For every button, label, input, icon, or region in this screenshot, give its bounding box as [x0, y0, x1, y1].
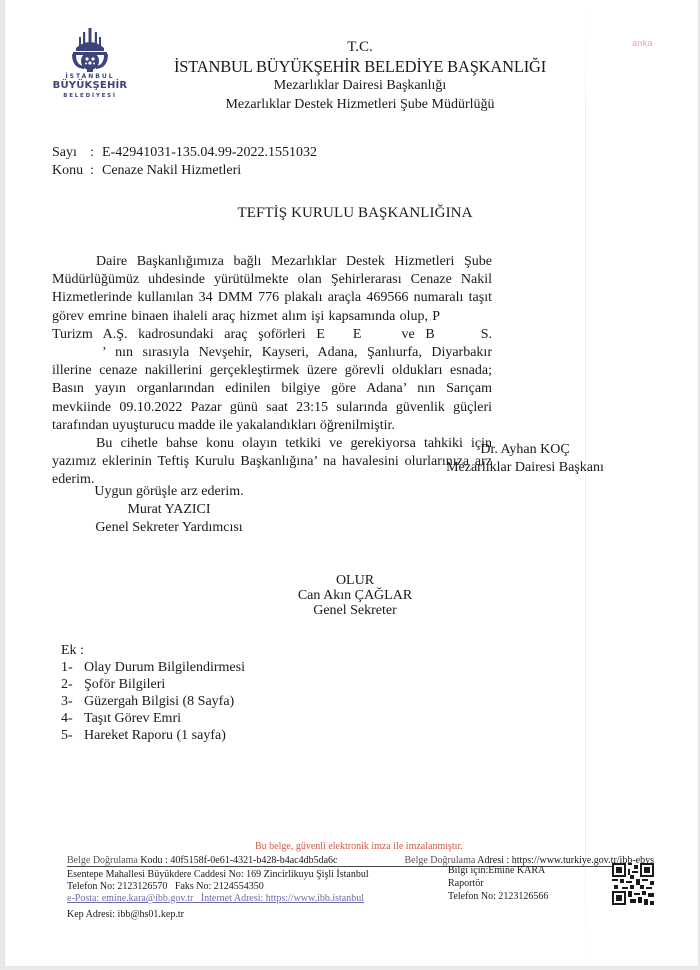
attachment-number: 5- — [61, 727, 84, 744]
konu-label: Konu — [52, 162, 90, 180]
verification-code-label-bold: Kodu : — [140, 855, 168, 866]
attachment-text: Şoför Bilgileri — [84, 676, 165, 693]
header-department: Mezarlıklar Dairesi Başkanlığı — [155, 76, 565, 95]
sayi-value: E-42941031-135.04.99-2022.1551032 — [102, 144, 317, 162]
attachment-number: 2- — [61, 676, 84, 693]
footer-email-web-link[interactable]: e-Posta: emine.kara@ibb.gov.tr İnternet … — [67, 893, 369, 905]
body-text-segment: ’ nın sırasıyla Nevşehir, Kayseri, Adana… — [52, 345, 492, 433]
body-paragraph-1: Daire Başkanlığımıza bağlı Mezarlıklar D… — [52, 253, 492, 435]
body-text-segment: Turizm A.Ş. kadrosundaki araç şoförleri … — [52, 327, 325, 342]
attachment-number: 1- — [61, 659, 84, 676]
attachment-text: Taşıt Görev Emri — [84, 710, 181, 727]
info-contact-phone: Telefon No: 2123126566 — [448, 890, 548, 903]
header-tc: T.C. — [155, 38, 565, 57]
esignature-notice: Bu belge, güvenli elektronik imza ile im… — [255, 841, 463, 852]
info-contact-role: Raportör — [448, 877, 548, 890]
signature-block-department-head: Dr. Ayhan KOÇ Mezarlıklar Dairesi Başkan… — [445, 441, 605, 477]
scan-fold-line — [585, 10, 586, 960]
approval-label: OLUR — [290, 573, 420, 588]
attachment-text: Hareket Raporu (1 sayfa) — [84, 727, 226, 744]
signatory-note: Uygun görüşle arz ederim. — [89, 483, 249, 501]
logo-text-belediyesi: BELEDİYESİ — [50, 93, 130, 99]
signature-block-secretary-general: OLUR Can Akın ÇAĞLAR Genel Sekreter — [290, 573, 420, 618]
body-text-segment: ve B — [401, 327, 434, 342]
attachment-number: 4- — [61, 710, 84, 727]
body-text-segment: E — [353, 327, 362, 342]
body-text-segment: S. — [481, 327, 492, 342]
body-text-segment: Daire Başkanlığımıza bağlı Mezarlıklar D… — [52, 254, 492, 324]
signatory-name: Murat YAZICI — [89, 501, 249, 519]
logo-text-buyuksehir: BÜYÜKŞEHİR — [50, 80, 130, 91]
watermark: anka — [632, 38, 653, 48]
verification-code-value: 40f5158f-0e61-4321-b428-b4ac4db5da6c — [170, 855, 337, 866]
signatory-title: Mezarlıklar Dairesi Başkanı — [445, 459, 605, 477]
header-sub-department: Mezarlıklar Destek Hizmetleri Şube Müdür… — [155, 95, 565, 114]
footer-contact: Esentepe Mahallesi Büyükdere Caddesi No:… — [67, 869, 369, 921]
signatory-title: Genel Sekreter Yardımcısı — [89, 519, 249, 537]
attachments-label: Ek : — [61, 642, 245, 659]
logo-text-istanbul: İSTANBUL — [50, 73, 130, 80]
verification-row: Belge Doğrulama Kodu : 40f5158f-0e61-432… — [67, 855, 654, 867]
mosque-emblem-icon — [70, 28, 110, 72]
document-meta: Sayı : E-42941031-135.04.99-2022.1551032… — [52, 144, 317, 180]
meta-konu: Konu : Cenaze Nakil Hizmetleri — [52, 162, 317, 180]
footer-info-contact: Bilgi için:Emine KARA Raportör Telefon N… — [448, 864, 548, 903]
sayi-separator: : — [90, 144, 102, 162]
signatory-name: Dr. Ayhan KOÇ — [445, 441, 605, 459]
meta-sayi: Sayı : E-42941031-135.04.99-2022.1551032 — [52, 144, 317, 162]
body-paragraph-2: Bu cihetle bahse konu olayın tetkiki ve … — [52, 435, 492, 490]
attachment-item: 4-Taşıt Görev Emri — [61, 710, 245, 727]
attachment-item: 2-Şoför Bilgileri — [61, 676, 245, 693]
attachment-item: 1-Olay Durum Bilgilendirmesi — [61, 659, 245, 676]
attachment-item: 5-Hareket Raporu (1 sayfa) — [61, 727, 245, 744]
sayi-label: Sayı — [52, 144, 90, 162]
verification-code: Belge Doğrulama Kodu : 40f5158f-0e61-432… — [67, 855, 338, 867]
attachments-list: Ek : 1-Olay Durum Bilgilendirmesi 2-Şofö… — [61, 642, 245, 744]
attachment-number: 3- — [61, 693, 84, 710]
verification-code-label: Belge Doğrulama — [67, 855, 138, 866]
qr-code-icon — [612, 863, 654, 905]
footer-address: Esentepe Mahallesi Büyükdere Caddesi No:… — [67, 869, 369, 881]
signatory-title: Genel Sekreter — [290, 603, 420, 618]
attachment-text: Olay Durum Bilgilendirmesi — [84, 659, 245, 676]
ibb-logo: İSTANBUL BÜYÜKŞEHİR BELEDİYESİ — [50, 28, 130, 110]
attachment-text: Güzergah Bilgisi (8 Sayfa) — [84, 693, 234, 710]
signature-block-deputy-secretary: Uygun görüşle arz ederim. Murat YAZICI G… — [89, 483, 249, 537]
header-organization: İSTANBUL BÜYÜKŞEHİR BELEDİYE BAŞKANLIĞI — [155, 57, 565, 76]
footer-phone-fax: Telefon No: 2123126570 Faks No: 21245543… — [67, 881, 369, 893]
info-contact-name: Bilgi için:Emine KARA — [448, 864, 548, 877]
attachment-item: 3-Güzergah Bilgisi (8 Sayfa) — [61, 693, 245, 710]
letter-body: Daire Başkanlığımıza bağlı Mezarlıklar D… — [52, 253, 492, 490]
letterhead: T.C. İSTANBUL BÜYÜKŞEHİR BELEDİYE BAŞKAN… — [155, 38, 565, 114]
konu-value: Cenaze Nakil Hizmetleri — [102, 162, 241, 180]
footer-kep-address: Kep Adresi: ibb@hs01.kep.tr — [67, 909, 369, 921]
konu-separator: : — [90, 162, 102, 180]
addressee: TEFTİŞ KURULU BAŞKANLIĞINA — [185, 205, 525, 222]
document-page: anka İS — [5, 0, 698, 966]
signatory-name: Can Akın ÇAĞLAR — [290, 588, 420, 603]
